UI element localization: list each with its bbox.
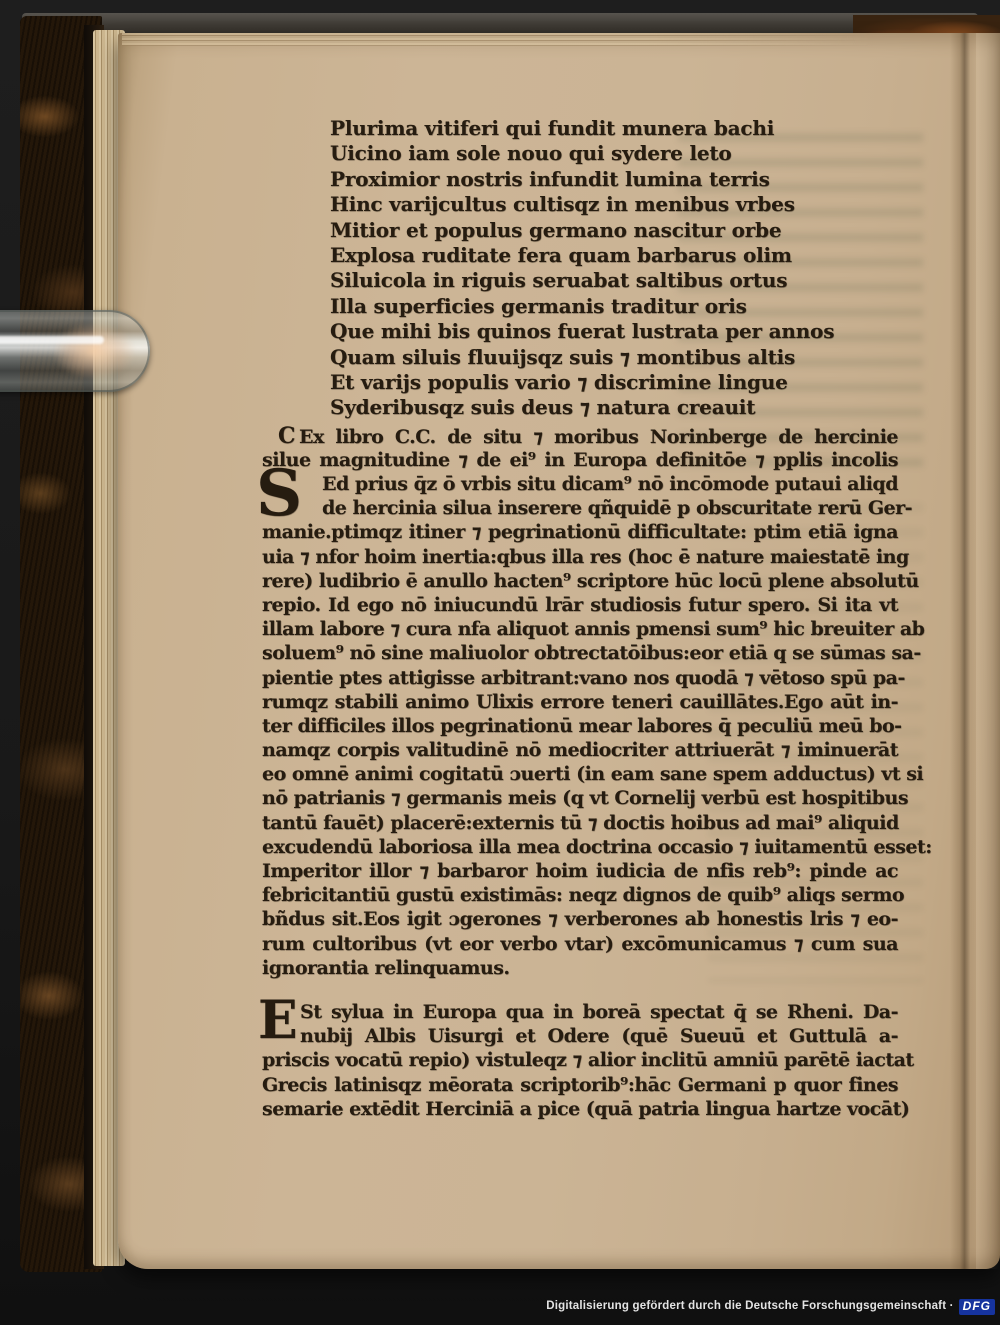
body-line: febricitantiū gustū existimās: neqz dign… bbox=[262, 883, 898, 907]
body-line: illam labore ⁊ cura nfa aliquot annis pm… bbox=[262, 617, 898, 641]
body-line: nubij Albis Uisurgi et Odere (quē Sueuū … bbox=[262, 1024, 898, 1048]
dfg-logo: DFG bbox=[959, 1299, 995, 1315]
drop-cap-s: S bbox=[256, 466, 302, 522]
verse-line: Plurima vitiferi qui fundit munera bachi bbox=[330, 116, 890, 141]
body-line: priscis vocatū repio) vistuleqz ⁊ alior … bbox=[262, 1048, 898, 1072]
glass-rod-page-weight bbox=[0, 310, 150, 392]
body-line: semarie extēdit Herciniā a pice (quā pat… bbox=[262, 1097, 898, 1121]
verse-line: Illa superficies germanis traditur oris bbox=[330, 294, 890, 319]
heading-text: Ex libro C.C. de situ ⁊ moribus Norinber… bbox=[299, 426, 898, 448]
body-line: rumqz stabili animo Ulixis errore teneri… bbox=[262, 690, 898, 714]
verse-block: Plurima vitiferi qui fundit munera bachi… bbox=[330, 116, 890, 421]
body-line: Imperitor illor ⁊ barbaror hoim iudicia … bbox=[262, 859, 898, 883]
body-line: tantū fauēt) placerē:externis tū ⁊ docti… bbox=[262, 811, 898, 835]
verse-line: Explosa ruditate fera quam barbarus olim bbox=[330, 243, 890, 268]
page-top-edges bbox=[122, 33, 874, 46]
body-line: namqz corpis valitudinē nō mediocriter a… bbox=[262, 738, 898, 762]
paragraph-sed-prius: S Ed prius q̄z ō vrbis situ dicam⁹ nō in… bbox=[262, 472, 898, 980]
verse-line: Uicino iam sole nouo qui sydere leto bbox=[330, 141, 890, 166]
heading-line: CEx libro C.C. de situ ⁊ moribus Norinbe… bbox=[262, 424, 898, 448]
body-line: excudendū laboriosa illa mea doctrina oc… bbox=[262, 835, 898, 859]
verse-line: Mitior et populus germano nascitur orbe bbox=[330, 218, 890, 243]
body-line: rere) ludibrio ē anullo hacten⁹ scriptor… bbox=[262, 569, 898, 593]
drop-cap-e: E bbox=[258, 998, 298, 1044]
adjacent-page-sliver bbox=[976, 33, 1000, 1269]
body-line: Grecis latinisqz mēorata scriptorib⁹:hāc… bbox=[262, 1073, 898, 1097]
paragraph-est-sylva: E St sylua in Europa qua in boreā specta… bbox=[262, 1000, 898, 1121]
verse-line: Quam siluis fluuijsqz suis ⁊ montibus al… bbox=[330, 345, 890, 370]
body-line: bñdus sit.Eos igit ɔgerones ⁊ verberones… bbox=[262, 907, 898, 931]
verse-line: Siluicola in riguis seruabat saltibus or… bbox=[330, 268, 890, 293]
body-line: manie.ptimqz itiner ⁊ pegrinationū diffi… bbox=[262, 520, 898, 544]
credit-text: Digitalisierung gefördert durch die Deut… bbox=[546, 1300, 953, 1312]
body-line: ignorantia relinquamus. bbox=[262, 956, 898, 980]
body-line: de hercinia silua inserere qñquidē p obs… bbox=[262, 496, 898, 520]
verse-line: Proximior nostris infundit lumina terris bbox=[330, 167, 890, 192]
verse-line: Et varijs populis vario ⁊ discrimine lin… bbox=[330, 370, 890, 395]
digitization-credit-bar: Digitalisierung gefördert durch die Deut… bbox=[0, 1299, 995, 1315]
body-line: St sylua in Europa qua in boreā spectat … bbox=[262, 1000, 898, 1024]
rod-glow bbox=[52, 322, 136, 380]
body-line: eo omnē animi cogitatū ɔuerti (in eam sa… bbox=[262, 762, 898, 786]
body-line: rum cultoribus (vt eor verbo vtar) excōm… bbox=[262, 932, 898, 956]
body-line: pientie ptes attigisse arbitrant:vano no… bbox=[262, 666, 898, 690]
heading-line: silue magnitudine ⁊ de ei⁹ in Europa def… bbox=[262, 448, 898, 472]
body-line: repio. Id ego nō iniucundū lrār studiosi… bbox=[262, 593, 898, 617]
body-line: Ed prius q̄z ō vrbis situ dicam⁹ nō incō… bbox=[262, 472, 898, 496]
verse-line: Syderibusqz suis deus ⁊ natura creauit bbox=[330, 395, 890, 420]
body-line: uia ⁊ nfor hoim inertia:qbus illa res (h… bbox=[262, 545, 898, 569]
chapter-heading: CEx libro C.C. de situ ⁊ moribus Norinbe… bbox=[262, 424, 898, 472]
fore-edge-crease bbox=[950, 33, 978, 1269]
body-line: ter difficiles illos pegrinationū mear l… bbox=[262, 714, 898, 738]
verse-line: Hinc varijcultus cultisqz in menibus vrb… bbox=[330, 192, 890, 217]
scan-canvas: Plurima vitiferi qui fundit munera bachi… bbox=[0, 0, 1000, 1325]
capitulum-mark: C bbox=[278, 423, 299, 449]
verse-line: Que mihi bis quinos fuerat lustrata per … bbox=[330, 319, 890, 344]
body-line: soluem⁹ nō sine maliuolor obtrectatōibus… bbox=[262, 641, 898, 665]
body-line: nō patrianis ⁊ germanis meis (q vt Corne… bbox=[262, 786, 898, 810]
rod-highlight bbox=[0, 336, 104, 344]
